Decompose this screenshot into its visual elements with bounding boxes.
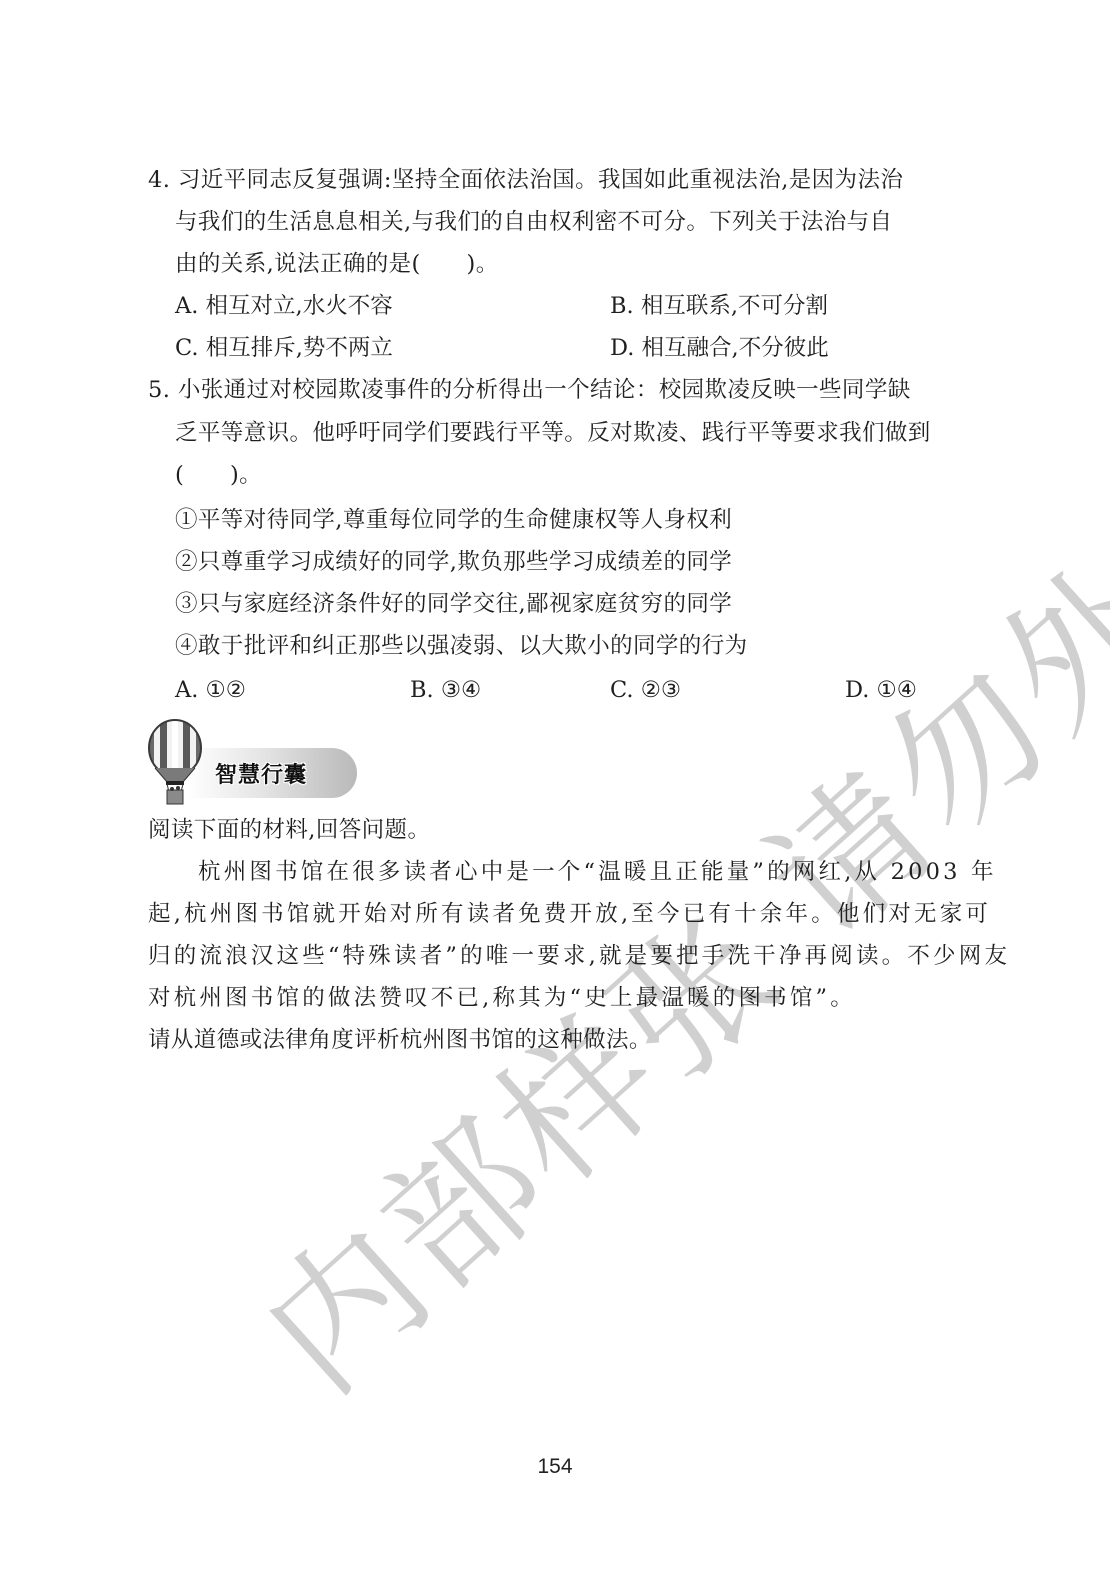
- question-4-option-c: C. 相互排斥,势不两立: [175, 333, 393, 363]
- section-title: 智慧行囊: [215, 758, 307, 789]
- question-4-option-d: D. 相互融合,不分彼此: [610, 333, 829, 363]
- question-5-statement-4: ④敢于批评和纠正那些以强凌弱、以大欺小的同学的行为: [175, 631, 748, 661]
- material-question: 请从道德或法律角度评析杭州图书馆的这种做法。: [148, 1025, 652, 1055]
- material-instruction: 阅读下面的材料,回答问题。: [148, 815, 430, 845]
- question-5-option-b: B. ③④: [410, 675, 481, 705]
- textbook-page: 内部样张 请勿外传 4. 习近平同志反复强调:坚持全面依法治国。我国如此重视法治…: [0, 0, 1110, 1571]
- question-5-statement-1: ①平等对待同学,尊重每位同学的生命健康权等人身权利: [175, 505, 732, 535]
- hot-air-balloon-icon: [145, 718, 205, 808]
- question-4-line-3: 由的关系,说法正确的是( )。: [175, 249, 499, 279]
- question-5-line-3: ( )。: [175, 460, 262, 490]
- question-5-option-c: C. ②③: [610, 675, 681, 705]
- material-passage-line-4: 对杭州图书馆的做法赞叹不已,称其为“史上最温暖的图书馆”。: [148, 983, 856, 1013]
- question-5-option-a: A. ①②: [175, 675, 246, 705]
- question-4-option-b: B. 相互联系,不可分割: [610, 291, 828, 321]
- question-4-line-2: 与我们的生活息息相关,与我们的自由权利密不可分。下列关于法治与自: [175, 207, 892, 237]
- question-5-statement-3: ③只与家庭经济条件好的同学交往,鄙视家庭贫穷的同学: [175, 589, 732, 619]
- material-passage-line-2: 起,杭州图书馆就开始对所有读者免费开放,至今已有十余年。他们对无家可: [148, 899, 991, 929]
- question-5-option-d: D. ①④: [845, 675, 917, 705]
- question-5-line-2: 乏平等意识。他呼吁同学们要践行平等。反对欺凌、践行平等要求我们做到: [175, 418, 931, 448]
- material-passage-line-1: 杭州图书馆在很多读者心中是一个“温暖且正能量”的网红,从 2003 年: [198, 857, 997, 887]
- question-4-option-a: A. 相互对立,水火不容: [175, 291, 393, 321]
- question-5-line-1: 5. 小张通过对校园欺凌事件的分析得出一个结论：校园欺凌反映一些同学缺: [148, 375, 911, 405]
- material-passage-line-3: 归的流浪汉这些“特殊读者”的唯一要求,就是要把手洗干净再阅读。不少网友: [148, 941, 1010, 971]
- question-4-line-1: 4. 习近平同志反复强调:坚持全面依法治国。我国如此重视法治,是因为法治: [148, 165, 903, 195]
- page-number: 154: [0, 1455, 1110, 1479]
- section-banner: 智慧行囊: [145, 718, 360, 808]
- question-5-statement-2: ②只尊重学习成绩好的同学,欺负那些学习成绩差的同学: [175, 547, 732, 577]
